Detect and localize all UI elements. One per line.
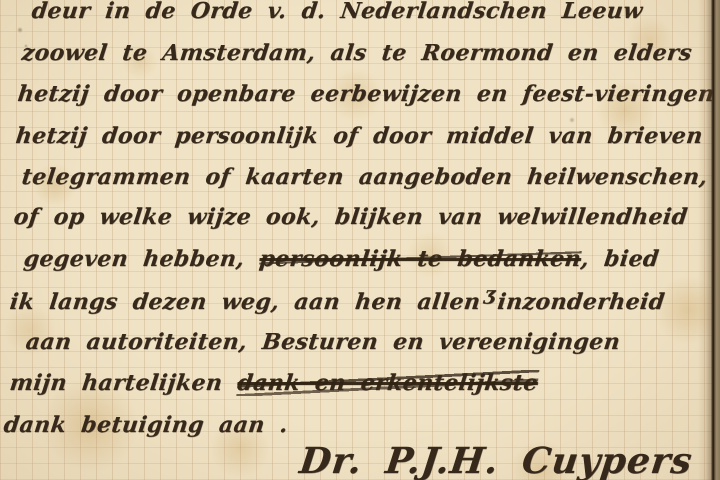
handwriting-line-7: gegeven hebben, persoonlijk te bedanken,… (22, 244, 661, 274)
handwriting-line-11: dank betuiging aan . (2, 410, 290, 440)
handwriting-line-10: mijn hartelijken dank en erkentelijkste (8, 368, 540, 398)
signature-text: Dr. P.J.H. Cuypers (297, 440, 695, 480)
insertion-caret-mark: ʒ (483, 279, 498, 309)
line-text: inzonderheid (496, 289, 666, 315)
signature-line: Dr. P.J.H. Cuypers (298, 446, 694, 476)
line-text: of op welke wijze ook, blijken van welwi… (12, 204, 689, 230)
manuscript-screenshot: { "photo": { "description": "Handwritten… (0, 0, 720, 480)
handwriting-line-4: hetzij door persoonlijk of door middel v… (14, 121, 705, 151)
line-text: dank betuiging aan . (2, 412, 289, 438)
handwriting-line-8: ik langs dezen weg, aan hen allenʒinzond… (8, 287, 666, 318)
struck-out-text: persoonlijk te bedanken (258, 246, 583, 272)
line-text: deur in de Orde v. d. Nederlandschen Lee… (30, 0, 644, 24)
line-text: telegrammen of kaarten aangeboden heilwe… (20, 164, 709, 190)
line-text: aan autoriteiten, Besturen en vereenigin… (24, 329, 621, 355)
handwriting-line-6: of op welke wijze ook, blijken van welwi… (12, 202, 689, 232)
handwriting-line-1: deur in de Orde v. d. Nederlandschen Lee… (30, 0, 644, 26)
line-text: gegeven hebben, (22, 246, 261, 272)
line-text: hetzij door openbare eerbewijzen en fees… (16, 81, 716, 107)
line-text: , bied (579, 246, 660, 272)
line-text: zoowel te Amsterdam, als te Roermond en … (20, 40, 693, 66)
handwriting-line-2: zoowel te Amsterdam, als te Roermond en … (20, 38, 694, 68)
aged-grid-paper (0, 0, 720, 480)
handwriting-line-5: telegrammen of kaarten aangeboden heilwe… (20, 162, 709, 192)
struck-out-text: dank en erkentelijkste (236, 370, 540, 396)
line-text: hetzij door persoonlijk of door middel v… (14, 123, 704, 149)
line-text: ik langs dezen weg, aan hen allen (8, 289, 482, 315)
handwriting-line-3: hetzij door openbare eerbewijzen en fees… (16, 79, 716, 109)
handwriting-line-9: aan autoriteiten, Besturen en vereenigin… (24, 327, 622, 357)
page-edge-shadow (698, 0, 720, 480)
line-text: mijn hartelijken (8, 370, 239, 396)
